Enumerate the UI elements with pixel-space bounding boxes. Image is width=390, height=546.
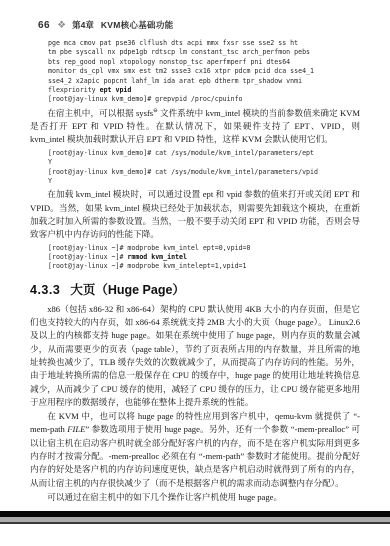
- section-number: 4.3.3: [30, 283, 60, 297]
- code-block-cpuinfo: pge mca cmov pat pse36 clflush dts acpi …: [48, 39, 360, 105]
- section-heading: 4.3.3大页（Huge Page）: [30, 280, 360, 298]
- chapter-label: 第4章: [72, 19, 94, 31]
- code-bold-ept-vpid: ept vpid: [100, 86, 132, 94]
- code-line: [root@jay-linux ~]# modprobe kvm_intelep…: [48, 262, 360, 271]
- code-text: flexpriority: [48, 86, 100, 94]
- code-line: flexpriority ept vpid: [48, 86, 360, 95]
- chapter-title: KVM核心基础功能: [101, 19, 174, 31]
- paragraph-host-sysfs: 在宿主机中，可以根据 sysfs⊖ 文件系统中 kvm_intel 模块的当前参…: [30, 107, 360, 147]
- italic-file-arg: FILE: [67, 424, 85, 434]
- paragraph-hugepage-intro: x86（包括 x86-32 和 x86-64）架构的 CPU 默认使用 4KB …: [30, 303, 360, 409]
- code-bold-rmmod: rmmod kvm_intel: [127, 253, 187, 261]
- code-line: [root@jay-linux kvm_demo]# grepvpid /pro…: [48, 95, 360, 104]
- section-title: 大页（Huge Page）: [70, 283, 185, 297]
- code-line: pge mca cmov pat pse36 clflush dts acpi …: [48, 39, 360, 48]
- code-block-cat-parameters: [root@jay-linux kvm_demo]# cat /sys/modu…: [48, 149, 360, 187]
- ornament-icon: ❖: [57, 20, 66, 31]
- book-page: 66 ❖ 第4章 KVM核心基础功能 pge mca cmov pat pse3…: [0, 0, 390, 546]
- page-header: 66 ❖ 第4章 KVM核心基础功能: [38, 19, 173, 31]
- paragraph-kvm-mempath: 在 KVM 中，也可以将 huge page 的特性应用到客户机中，qemu-k…: [30, 410, 360, 490]
- code-line: [root@jay-linux kvm_demo]# cat /sys/modu…: [48, 168, 360, 177]
- code-line: [root@jay-linux ~]# modprobe kvm_intel e…: [48, 244, 360, 253]
- code-block-modprobe: [root@jay-linux ~]# modprobe kvm_intel e…: [48, 244, 360, 272]
- page-number: 66: [38, 20, 50, 31]
- code-line: Y: [48, 158, 360, 167]
- code-line: [root@jay-linux ~]# rmmod kvm_intel: [48, 253, 360, 262]
- code-line: sse4_2 x2apic popcnt lahf_lm ida arat ep…: [48, 77, 360, 86]
- code-line: tm pbe syscall nx pdpe1gb rdtscp lm cons…: [48, 48, 360, 57]
- paragraph-hugepage-steps-lead: 可以通过在宿主机中的如下几个操作让客户机使用 huge page。: [30, 491, 360, 504]
- paragraph-load-module: 在加载 kvm_intel 模块时，可以通过设置 ept 和 vpid 参数的值…: [30, 188, 360, 241]
- code-line: bts rep_good nopl xtopology nonstop_tsc …: [48, 58, 360, 67]
- code-line: [root@jay-linux kvm_demo]# cat /sys/modu…: [48, 149, 360, 158]
- paragraph-text: 在宿主机中，可以根据 sysfs: [47, 108, 153, 118]
- scan-edge-thin-line: [0, 522, 390, 524]
- code-line: Y: [48, 177, 360, 186]
- code-line: monitor ds_cpl vmx smx est tm2 ssse3 cx1…: [48, 67, 360, 76]
- page-content: pge mca cmov pat pse36 clflush dts acpi …: [30, 37, 360, 505]
- code-text: [root@jay-linux ~]#: [48, 253, 127, 261]
